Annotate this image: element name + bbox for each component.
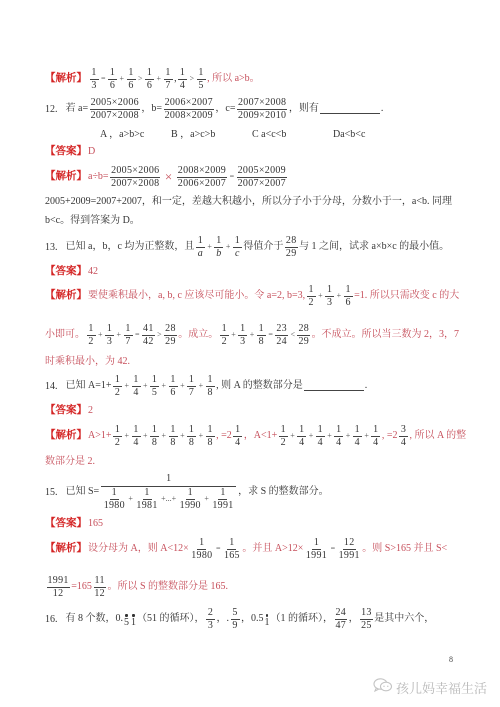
numerator: 3 [399, 425, 408, 437]
denominator: 4 [354, 437, 361, 448]
fraction: 14 [233, 425, 242, 448]
watermark-text: 孩儿妈幸福生活 [396, 678, 487, 697]
analysis-text: , =2 [216, 430, 232, 442]
denominator: 4 [317, 437, 324, 448]
fraction: 2829 [297, 324, 310, 347]
denominator: c [234, 248, 241, 259]
fraction: 14 [132, 375, 141, 398]
plus-sign: + [199, 381, 204, 391]
denominator: a [197, 248, 204, 259]
numerator: 1 [150, 425, 159, 437]
fraction: 23 [206, 608, 215, 631]
numerator: 1 [206, 425, 215, 437]
question-text: ，b= [141, 103, 162, 115]
numerator: 1 [196, 236, 205, 248]
numerator: 1 [105, 324, 114, 336]
plus-sign: + [318, 291, 323, 301]
plus-sign: + [250, 330, 255, 340]
denominator: 6 [169, 387, 176, 398]
numerator: 1 [353, 425, 362, 437]
fraction: 14 [297, 425, 306, 448]
denominator: 1980 [103, 500, 126, 511]
numerator: 2005×2006 [110, 166, 160, 178]
numerator: 1 [371, 425, 380, 437]
fraction: 1a [196, 236, 205, 259]
analysis-text: =1. 所以只需改变 c 的大 [354, 290, 459, 302]
fraction: 2324 [275, 324, 288, 347]
period: . [365, 380, 368, 392]
fraction: 12 [113, 375, 122, 398]
fraction: 59 [231, 608, 240, 631]
denominator: 3 [106, 336, 113, 347]
denominator-sum: 11980 + 11981 +...+ 11990 + 11991 [101, 487, 236, 511]
watermark: 孩儿妈幸福生活 [373, 677, 487, 697]
analysis-text: 设分母为 A，则 A<12× [88, 543, 189, 555]
question-text: 得值介于 [243, 241, 283, 253]
numerator: 1 [312, 538, 321, 550]
denominator: 8 [258, 336, 265, 347]
numerator: 1 [110, 488, 119, 500]
numerator: 2005×2006 [90, 98, 140, 110]
numerator: 1 [124, 324, 133, 336]
numerator: 1 [178, 68, 187, 80]
analysis-label: 【解析】 [45, 430, 87, 442]
plus-sign: + [143, 431, 148, 441]
numerator: 1 [164, 68, 173, 80]
analysis-text: b<c。得到答案为 D。 [45, 215, 140, 227]
fraction: 2005×20062007×2008 [110, 166, 160, 189]
denominator: 3 [239, 336, 246, 347]
denominator: 7 [164, 80, 171, 91]
repeating-digit: 1 [131, 614, 136, 627]
fraction: 121991 [338, 538, 361, 561]
numerator: 1 [334, 425, 343, 437]
question-text: ，求 S 的整数部分。 [238, 486, 329, 498]
q12-options: A ，a>b>c B ，a>c>b C a<c<b Da<b<c [45, 128, 465, 142]
denominator: 165 [223, 550, 241, 561]
question-text: , 则 A 的整数部分是 [216, 380, 303, 392]
denominator: 2 [114, 387, 121, 398]
complex-fraction: 1 11980 + 11981 +...+ 11990 + 11991 [101, 474, 236, 511]
plus-sign: + [120, 74, 125, 84]
numerator: 2008×2009 [177, 166, 227, 178]
analysis-text: 要使乘积最小，a, b, c 应该尽可能小。令 a=2, b=3, [88, 290, 305, 302]
fraction: 11991 [211, 488, 234, 511]
fraction: 4142 [142, 324, 155, 347]
q13-analysis-line-1: 【解析】 要使乘积最小，a, b, c 应该尽可能小。令 a=2, b=3, 1… [45, 283, 459, 309]
numerator: 5 [231, 608, 240, 620]
numerator: 1 [297, 425, 306, 437]
numerator: 1 [197, 538, 206, 550]
greater-than-sign: > [138, 74, 143, 84]
numerator: 2005×2009 [237, 166, 287, 178]
answer-label: 【答案】 [45, 266, 87, 278]
question-text: （1 的循环）， [271, 613, 334, 625]
denominator: 2 [307, 297, 314, 308]
answer-label: 【答案】 [45, 146, 87, 158]
plus-sign: + [309, 431, 314, 441]
numerator: 2007×2008 [237, 98, 287, 110]
denominator: 2 [221, 336, 228, 347]
q15-analysis-line-2: 199112 =165 1112 。所以 S 的整数部分是 165. [45, 574, 228, 600]
comma: , [174, 73, 177, 85]
numerator: 28 [285, 236, 298, 248]
denominator: 9 [231, 620, 238, 631]
plus-sign: + [128, 494, 133, 504]
question-number: 16. [45, 614, 58, 625]
denominator: 6 [109, 80, 116, 91]
analysis-text: , 所以 A 的整 [409, 430, 466, 442]
q14-analysis-line-2: 数部分是 2. [45, 455, 95, 469]
plus-sign: + [162, 381, 167, 391]
numerator: 23 [275, 324, 288, 336]
conclusion-text: , 所以 a>b。 [207, 73, 260, 85]
fraction: 2008×20092006×2007 [177, 166, 227, 189]
denominator: 2007×2008 [90, 110, 140, 121]
fraction: 15 [197, 68, 206, 91]
plus-sign: + [364, 431, 369, 441]
option-a: A ，a>b>c [100, 128, 144, 142]
denominator: 8 [206, 437, 213, 448]
numerator: 1 [143, 488, 152, 500]
fraction: 2447 [335, 608, 348, 631]
numerator: 1 [169, 425, 178, 437]
question-text: 已知 a，b，c 均为正整数，且 [66, 241, 195, 253]
answer-blank [304, 381, 364, 391]
fraction: 18 [206, 425, 215, 448]
denominator: 8 [188, 437, 195, 448]
question-number: 15. [45, 487, 58, 498]
fraction: 12 [220, 324, 229, 347]
question-text: 已知 A=1+ [66, 380, 112, 392]
answer-value: D [88, 146, 95, 158]
fraction: 18 [150, 425, 159, 448]
denominator: 2 [114, 437, 121, 448]
equals-sign: = [216, 544, 221, 554]
denominator: 8 [151, 437, 158, 448]
q12-analysis-text-line: b<c。得到答案为 D。 [45, 214, 140, 228]
question-text: 是其中六个， [374, 613, 434, 625]
fraction: 2005×20092007×2007 [237, 166, 287, 189]
fraction: 11981 [135, 488, 158, 511]
wechat-icon [373, 677, 396, 697]
equals-sign: = [230, 172, 235, 182]
plus-sign: + [98, 330, 103, 340]
q14-answer-line: 【答案】 2 [45, 404, 93, 418]
denominator: 2007×2008 [110, 178, 160, 189]
fraction: 12 [87, 324, 96, 347]
analysis-label: 【解析】 [45, 171, 87, 183]
denominator: b [215, 248, 222, 259]
answer-value: 42 [88, 266, 98, 278]
numerator: 1 [238, 324, 247, 336]
numerator: 1 [325, 285, 334, 297]
denominator: 4 [132, 387, 139, 398]
fraction: 14 [178, 68, 187, 91]
numerator: 1 [214, 236, 223, 248]
numerator: 1 [113, 375, 122, 387]
equals-sign: = [268, 330, 273, 340]
fraction: 199112 [47, 576, 70, 599]
fraction: 1c [233, 236, 242, 259]
q13-analysis-line-3: 时乘积最小，为 42. [45, 355, 130, 369]
denominator: 1991 [211, 500, 234, 511]
plus-sign: + [180, 431, 185, 441]
plus-sign: + [337, 291, 342, 301]
option-b: B ，a>c>b [171, 128, 215, 142]
plus-sign: + [117, 330, 122, 340]
analysis-text: 。所以 S 的整数部分是 165. [107, 581, 228, 593]
answer-value: 2 [88, 405, 93, 417]
option-d: Da<b<c [333, 128, 365, 142]
q14-analysis-line-1: 【解析】 A>1+ 12 + 14 + 18 + 18 + 18 + 18 , … [45, 423, 466, 449]
denominator: 42 [142, 336, 155, 347]
fraction: 11991 [305, 538, 328, 561]
plus-sign: + [143, 381, 148, 391]
question-text: ， [349, 613, 359, 625]
plus-sign: + [157, 74, 162, 84]
denominator: 8 [169, 437, 176, 448]
denominator: 2009×2010 [237, 110, 287, 121]
q15-answer-line: 【答案】 165 [45, 517, 103, 531]
numerator: 1 [145, 68, 154, 80]
fraction: 18 [206, 375, 215, 398]
numerator: 1991 [47, 576, 70, 588]
numerator: 41 [142, 324, 155, 336]
fraction: 14 [371, 425, 380, 448]
numerator: 1 [220, 324, 229, 336]
fraction: 18 [257, 324, 266, 347]
numerator: 1 [257, 324, 266, 336]
fraction: 13 [90, 68, 99, 91]
numerator: 1 [206, 375, 215, 387]
analysis-text: =165 [71, 581, 92, 593]
denominator: 4 [234, 437, 241, 448]
denominator: 29 [297, 336, 310, 347]
numerator: 28 [164, 324, 177, 336]
numerator: 13 [360, 608, 373, 620]
analysis-text: 。不成立。所以当三数为 2，3，7 [312, 329, 460, 341]
denominator: 7 [188, 387, 195, 398]
analysis-text: 。成立。 [178, 329, 218, 341]
q13-answer-line: 【答案】 42 [45, 265, 98, 279]
answer-label: 【答案】 [45, 518, 87, 530]
denominator: 24 [275, 336, 288, 347]
denominator: 2007×2007 [237, 178, 287, 189]
q16-question-line: 16. 有 8 个数，0. 5 1 （51 的循环）， 23 ，. 59 ，0.… [45, 606, 434, 632]
denominator: 12 [93, 588, 106, 599]
analysis-text: , =2 [382, 430, 398, 442]
numerator: 1 [233, 236, 242, 248]
times-sign: × [165, 169, 172, 185]
question-text: 若 a= [66, 103, 89, 115]
question-text: ，c= [215, 103, 235, 115]
denominator: 6 [127, 80, 134, 91]
fraction: 17 [164, 68, 173, 91]
equals-sign: = [101, 74, 106, 84]
analysis-text: 数部分是 2. [45, 456, 95, 468]
analysis-text: a÷b= [88, 171, 109, 183]
denominator: 6 [146, 80, 153, 91]
fraction: 14 [334, 425, 343, 448]
plus-sign: + [346, 431, 351, 441]
denominator: 6 [344, 297, 351, 308]
fraction: 16 [169, 375, 178, 398]
analysis-label: 【解析】 [45, 73, 87, 85]
numerator: 1 [101, 474, 236, 487]
fraction: 14 [132, 425, 141, 448]
denominator: 3 [90, 80, 97, 91]
fraction: 13 [238, 324, 247, 347]
fraction: 13 [105, 324, 114, 347]
fraction: 18 [169, 425, 178, 448]
plus-sign: + [125, 431, 130, 441]
question-number: 13. [45, 242, 58, 253]
question-number: 14. [45, 381, 58, 392]
numerator: 1 [187, 425, 196, 437]
numerator: 1 [186, 488, 195, 500]
numerator: 1 [169, 375, 178, 387]
plus-sign: + [204, 494, 209, 504]
fraction: 2829 [164, 324, 177, 347]
denominator: 4 [400, 437, 407, 448]
fraction: 14 [353, 425, 362, 448]
q15-analysis-line-1: 【解析】 设分母为 A，则 A<12× 11980 = 1165 。并且 A>1… [45, 536, 447, 562]
fraction: 18 [187, 425, 196, 448]
fraction: 1165 [223, 538, 241, 561]
q13-analysis-line-2: 小即可。 12 + 13 + 17 = 4142 > 2829 。成立。 12 … [45, 322, 459, 348]
question-text: ，则有 [289, 103, 319, 115]
numerator: 1 [150, 375, 159, 387]
denominator: 4 [132, 437, 139, 448]
numerator: 1 [113, 425, 122, 437]
fraction: 2006×20072008×2009 [164, 98, 214, 121]
denominator: 1991 [305, 550, 328, 561]
q14-question-line: 14. 已知 A=1+ 12 + 14 + 15 + 16 + 17 + 18 … [45, 373, 367, 399]
analysis-text: ，A<1+ [244, 430, 278, 442]
denominator: 5 [151, 387, 158, 398]
numerator: 2006×2007 [164, 98, 214, 110]
denominator: 1990 [179, 500, 202, 511]
numerator: 1 [227, 538, 236, 550]
greater-than-sign: > [157, 330, 162, 340]
numerator: 1 [316, 425, 325, 437]
q12-analysis-text-line: 2005+2009=2007+2007，和一定，差越大积越小，所以分子小于分母，… [45, 195, 452, 209]
analysis-text: 。并且 A>12× [242, 543, 303, 555]
denominator: 4 [372, 437, 379, 448]
denominator: 5 [197, 80, 204, 91]
plus-sign: + [199, 431, 204, 441]
plus-sign: + [226, 242, 231, 252]
question-text: 已知 S= [66, 486, 100, 498]
analysis-text: 。则 S>165 并且 S< [362, 543, 447, 555]
fraction: 12 [113, 425, 122, 448]
fraction: 16 [127, 68, 136, 91]
q11-analysis-line: 【解析】 13 = 16 + 16 > 16 + 17 , 14 > 15 , … [45, 66, 260, 92]
fraction: 16 [344, 285, 353, 308]
period: . [381, 103, 384, 115]
denominator: 47 [335, 620, 348, 631]
denominator: 25 [360, 620, 373, 631]
analysis-text: 时乘积最小，为 42. [45, 356, 130, 368]
plus-sign: + [162, 431, 167, 441]
denominator: 4 [298, 437, 305, 448]
q12-analysis-line: 【解析】 a÷b= 2005×20062007×2008 × 2008×2009… [45, 164, 288, 190]
analysis-text: 2005+2009=2007+2007，和一定，差越大积越小，所以分子小于分母，… [45, 196, 452, 208]
answer-value: 165 [88, 518, 103, 530]
question-number: 12. [45, 104, 58, 115]
analysis-text: 小即可。 [45, 329, 85, 341]
fraction: 16 [145, 68, 154, 91]
denominator: 4 [179, 80, 186, 91]
denominator: 8 [206, 387, 213, 398]
denominator: 2 [87, 336, 94, 347]
numerator: 1 [87, 324, 96, 336]
numerator: 1 [132, 425, 141, 437]
fraction: 14 [316, 425, 325, 448]
plus-sign: + [207, 242, 212, 252]
fraction: 17 [124, 324, 133, 347]
numerator: 1 [218, 488, 227, 500]
ellipsis-sum: +...+ [161, 494, 176, 504]
denominator: 12 [52, 588, 65, 599]
fraction: 16 [108, 68, 117, 91]
numerator: 2 [206, 608, 215, 620]
question-text: 与 1 之间，试求 a×b×c 的最小值。 [299, 241, 449, 253]
equals-sign: = [135, 330, 140, 340]
analysis-label: 【解析】 [45, 543, 87, 555]
equals-sign: = [331, 544, 336, 554]
plus-sign: + [327, 431, 332, 441]
numerator: 1 [197, 68, 206, 80]
plus-sign: + [231, 330, 236, 340]
answer-blank [320, 104, 380, 114]
fraction: 12 [307, 285, 316, 308]
fraction: 1112 [93, 576, 106, 599]
denominator: 3 [207, 620, 214, 631]
fraction: 1325 [360, 608, 373, 631]
q15-question-line: 15. 已知 S= 1 11980 + 11981 +...+ 11990 + … [45, 474, 329, 510]
fraction: 17 [187, 375, 196, 398]
numerator: 12 [343, 538, 356, 550]
numerator: 1 [90, 68, 99, 80]
q13-question-line: 13. 已知 a，b，c 均为正整数，且 1a + 1b + 1c 得值介于 2… [45, 234, 449, 260]
q12-question-line: 12. 若 a= 2005×20062007×2008 ，b= 2006×200… [45, 96, 383, 122]
denominator: 4 [335, 437, 342, 448]
denominator: 29 [164, 336, 177, 347]
denominator: 2006×2007 [177, 178, 227, 189]
answer-label: 【答案】 [45, 405, 87, 417]
numerator: 1 [233, 425, 242, 437]
fraction: 1b [214, 236, 223, 259]
fraction: 11980 [190, 538, 213, 561]
denominator: 1991 [338, 550, 361, 561]
fraction: 12 [279, 425, 288, 448]
fraction: 34 [399, 425, 408, 448]
numerator: 1 [187, 375, 196, 387]
plus-sign: + [180, 381, 185, 391]
question-text: ，. [217, 613, 230, 625]
question-text: 有 8 个数，0. [66, 613, 124, 625]
numerator: 24 [335, 608, 348, 620]
fraction: 2007×20082009×2010 [237, 98, 287, 121]
fraction: 2829 [285, 236, 298, 259]
denominator: 2008×2009 [164, 110, 214, 121]
denominator: 1981 [135, 500, 158, 511]
denominator: 2 [280, 437, 287, 448]
plus-sign: + [125, 381, 130, 391]
numerator: 28 [297, 324, 310, 336]
